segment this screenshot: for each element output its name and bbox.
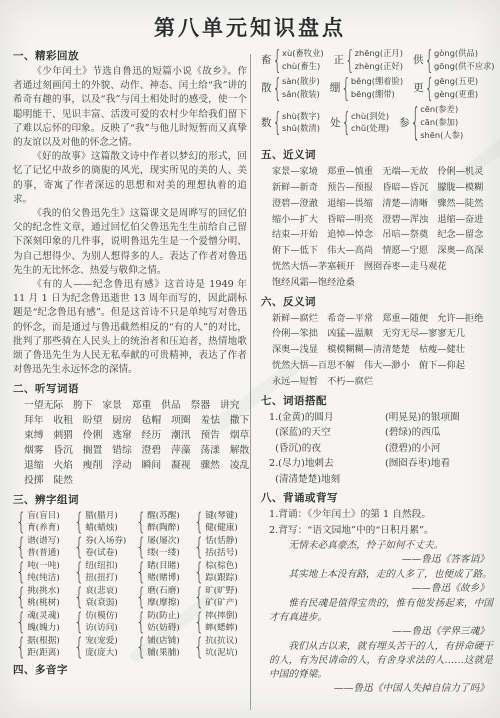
section-6-heading: 六、反义词	[261, 294, 493, 309]
pair-words: 磨(石磨) 摩(摩擦)	[147, 585, 180, 610]
pair-word-bottom: 赌(赌博)	[147, 572, 180, 584]
pair-word-top: 棕(棕色)	[205, 560, 238, 572]
recitation-item: 2.背写：“语文园地”中的“日积月累”。	[269, 523, 493, 538]
quote-source: ——鲁迅《故乡》	[269, 582, 493, 596]
synonym-row: 饱经风霜—饱经沧桑	[272, 275, 493, 291]
quote-block: 我们从古以来，就有埋头苦干的人，有拼命硬干的人，有为民请命的人，有舍身求法的人……	[269, 640, 493, 696]
quote-text: 无情未必真豪杰，怜子如何不丈夫。	[269, 539, 493, 553]
character-pair-cell: { 睹(目睹) 赌(赌博)	[136, 559, 194, 584]
reading: shēn(人参)	[420, 129, 463, 142]
pair-word-bottom: 距(距离)	[27, 647, 60, 659]
synonym-row: 恍然大悟—茅塞顿开 囫囵吞枣—走马观花	[272, 259, 493, 275]
polyphone-group: 正 { zhēng(正月) zhèng(正好)	[334, 47, 403, 72]
page-title: 第八单元知识盘点	[0, 12, 500, 42]
character-pair-cell: { 盲(盲目) 育(养育)	[16, 509, 74, 534]
pair-words: 恬(恬静) 括(括号)	[205, 535, 238, 560]
character-pair-cell: { 哀(悲哀) 衰(衰弱)	[74, 584, 136, 609]
synonym-row: 结束—开始 追悼—悼念 吊唁—祭奠 纪念—留念	[272, 227, 493, 243]
pair-word-bottom: 育(养育)	[27, 522, 60, 534]
reading: běng(绷着脸)	[351, 75, 403, 88]
pair-word-top: 纽(纽扣)	[85, 560, 118, 572]
summary-paragraph: 《有的人——纪念鲁迅有感》这首诗是 1949 年 11 月 1 日为纪念鲁迅逝世…	[13, 278, 247, 377]
pair-words: 摔(摔倒) 蟀(蟋蟀)	[205, 610, 238, 635]
brace-glyph: {	[273, 72, 283, 103]
collocation-left: (昏沉)的夜	[269, 441, 385, 457]
dictation-word-rows: 一望无际 胯下 家景 郑重 供品 祭器 讲究拜年 收租 盼望 厨房 毡帽 项圈 …	[13, 398, 247, 488]
character-pair-cell: { 防(防止) 妨(妨碍)	[136, 609, 194, 634]
pair-words: 抗(抗议) 坑(泥坑)	[205, 635, 238, 660]
character-pair-cell: { 醒(苏醒) 醉(陶醉)	[136, 509, 194, 534]
pair-word-bottom: 访(访问)	[85, 622, 118, 634]
pair-word-top: 恬(恬静)	[205, 535, 238, 547]
character-pair-cell: { 键(琴键) 健(健康)	[194, 509, 248, 534]
pair-word-top: 券(入场券)	[85, 535, 126, 547]
quote-text: 我们从古以来，就有埋头苦干的人，有拼命硬干的人，有为民请命的人，有舍身求法的人……	[269, 640, 493, 682]
character-pairs-grid: { 盲(盲目) 育(养育) { 腊(腊月) 蜡(蜡烛) {	[13, 509, 247, 659]
pair-word-top: 旷(旷野)	[205, 585, 238, 597]
collocation-row: (清清楚楚)地刻	[269, 472, 493, 488]
recitation-item: 1.背诵：《少年闰土》的第 1 自然段。	[269, 507, 493, 522]
antonym-row: 永远—短暂 不朽—腐烂	[272, 374, 493, 390]
reading: shǔ(数清)	[282, 122, 320, 135]
collocation-left: (清清楚楚)地刻	[269, 472, 385, 488]
reading: gēng(五更)	[434, 75, 478, 88]
reading: zhèng(正好)	[355, 60, 403, 73]
pair-word-top: 屡(屡次)	[147, 535, 180, 547]
brace-glyph: {	[341, 107, 351, 138]
word-row: 退缩 火焰 瘦削 浮动 瞬间 凝视 骤然 凌乱	[24, 458, 247, 473]
antonym-row: 新鲜—腐烂 希奇—平常 郑重—随便 允许—拒绝	[272, 311, 493, 327]
quote-block: 其实地上本没有路，走的人多了，也便成了路。 ——鲁迅《故乡》	[269, 568, 493, 596]
brace-glyph: {	[273, 44, 283, 75]
character-pair-cell: { 仿(模仿) 访(访问)	[74, 609, 136, 634]
quote-source: ——鲁迅《学界三魂》	[269, 625, 493, 639]
synonym-row: 新鲜—新奇 预告—预报 昏暗—昏沉 朦胧—模糊	[272, 180, 493, 196]
pair-words: 盲(盲目) 育(养育)	[27, 510, 60, 535]
pair-word-top: 抗(抗议)	[205, 635, 238, 647]
polyphone-row: 畜 { xù(畜牧业) chù(畜生) 正 { zhēng(正月) zhèng(…	[261, 47, 493, 72]
section-8-heading: 八、背诵或背写	[261, 490, 493, 505]
pair-word-bottom: 蜡(蜡烛)	[85, 522, 118, 534]
polyphone-char: 绷	[330, 80, 341, 95]
collocation-rows: 1.(金黄)的圆月 (明晃晃)的银项圈 (深蓝)的天空 (碧绿)的西瓜 (昏沉)…	[261, 410, 493, 488]
pair-words: 哀(悲哀) 衰(衰弱)	[85, 585, 118, 610]
character-pair-cell: { 摔(摔倒) 蟀(蟋蟀)	[194, 609, 248, 634]
antonym-row: 伶俐—笨拙 凶猛—温顺 无穷无尽—寥寥无几	[272, 326, 493, 342]
pair-words: 券(入场券) 卷(试卷)	[85, 535, 126, 560]
reading: gèng(更重)	[434, 88, 478, 101]
synonym-row: 澄碧—澄澈 退缩—畏缩 清楚—清晰 骤然—陡然	[272, 196, 493, 212]
polyphone-groups: 畜 { xù(畜牧业) chù(畜生) 正 { zhēng(正月) zhèng(…	[261, 47, 493, 144]
reading: gòng(供品)	[434, 47, 495, 60]
polyphone-row: 数 { shù(数字) shǔ(数清) 处 { chù(到处) chǔ(处理)	[261, 103, 493, 141]
polyphone-group: 供 { gòng(供品) gōng(供不应求)	[413, 47, 495, 72]
pair-word-top: 据(根据)	[27, 635, 60, 647]
pair-word-bottom: 摩(摩擦)	[147, 597, 180, 609]
character-pair-cell: { 纽(纽扣) 扭(扭打)	[74, 559, 136, 584]
collocation-row: 1.(金黄)的圆月 (明晃晃)的银项圈	[269, 410, 493, 426]
character-pair-cell: { 券(入场券) 卷(试卷)	[74, 534, 136, 559]
pair-word-top: 摔(摔倒)	[205, 610, 238, 622]
polyphone-group: 数 { shù(数字) shǔ(数清)	[261, 110, 320, 135]
character-pair-cell: { 屡(屡次) 缕(一缕)	[136, 534, 194, 559]
character-pair-cell: { 魂(灵魂) 魄(魄力)	[16, 609, 74, 634]
reading: bēng(绷带)	[351, 88, 403, 101]
pair-word-bottom: 卷(试卷)	[85, 547, 126, 559]
pair-word-top: 盲(盲目)	[27, 510, 60, 522]
collocation-right: (囫囵吞枣)地看	[385, 456, 450, 472]
polyphone-char: 畜	[261, 52, 272, 67]
reading: shù(数字)	[282, 110, 320, 123]
pair-word-top: 铺(店铺)	[147, 635, 180, 647]
pair-word-bottom: 扭(扭打)	[85, 572, 118, 584]
word-row: 拜年 收租 盼望 厨房 毡帽 项圈 羞怯 撒下	[24, 413, 247, 428]
word-row: 烟雾 昏沉 搁置 错综 澄碧 萍藻 荡漾 解散	[24, 443, 247, 458]
synonym-row: 家景—家境 郑重—慎重 无端—无故 伶俐—机灵	[272, 164, 493, 180]
character-pair-cell: { 恬(恬静) 括(括号)	[194, 534, 248, 559]
brace-glyph: {	[411, 100, 421, 145]
reading: cān(参加)	[420, 116, 463, 129]
pair-word-bottom: 踪(跟踪)	[205, 572, 238, 584]
pair-word-bottom: 普(普通)	[27, 547, 60, 559]
section-2-heading: 二、听写词语	[13, 381, 247, 396]
quote-source: ——鲁迅《答客诮》	[269, 553, 493, 567]
polyphone-char: 供	[413, 52, 424, 67]
polyphone-row: 散 { sàn(散步) sǎn(散装) 绷 { běng(绷着脸) bēng(绷…	[261, 75, 493, 100]
reading: cēn(参差)	[420, 103, 463, 116]
brace-glyph: {	[194, 633, 204, 662]
character-pair-cell: { 挑(挑水) 桃(桃树)	[16, 584, 74, 609]
pair-word-top: 醒(苏醒)	[147, 510, 180, 522]
polyphone-char: 散	[261, 80, 272, 95]
pair-word-bottom: 纯(纯洁)	[27, 572, 60, 584]
pair-word-top: 腊(腊月)	[85, 510, 118, 522]
word-row: 一望无际 胯下 家景 郑重 供品 祭器 讲究	[24, 398, 247, 413]
pair-word-bottom: 衰(衰弱)	[85, 597, 118, 609]
pair-words: 屡(屡次) 缕(一缕)	[147, 535, 180, 560]
character-pair-cell: { 磨(石磨) 摩(摩擦)	[136, 584, 194, 609]
summary-paragraph: 《我的伯父鲁迅先生》这篇课文是周晔写的回忆伯父的纪念性文章，通过回忆伯父鲁迅先生…	[13, 207, 247, 278]
pair-word-top: 吨(一吨)	[27, 560, 60, 572]
pair-words: 铺(店铺) 脯(果脯)	[147, 635, 180, 660]
brace-glyph: {	[273, 107, 283, 138]
polyphone-char: 处	[330, 115, 341, 130]
section-1-heading: 一、精彩回放	[13, 48, 247, 63]
brace-glyph: {	[74, 633, 84, 662]
collocation-row: 2.(尽力)地刺去 (囫囵吞枣)地看	[269, 456, 493, 472]
reading: sǎn(散装)	[282, 88, 320, 101]
section-3-heading: 三、辨字组词	[13, 492, 247, 507]
pair-word-bottom: 坑(泥坑)	[205, 647, 238, 659]
collocation-left: 1.(金黄)的圆月	[269, 410, 385, 426]
polyphone-group: 处 { chù(到处) chǔ(处理)	[330, 110, 389, 135]
pair-words: 棕(棕色) 踪(跟踪)	[205, 560, 238, 585]
pair-word-bottom: 庞(庞大)	[85, 647, 118, 659]
collocation-left: 2.(尽力)地刺去	[269, 456, 385, 472]
pair-words: 魂(灵魂) 魄(魄力)	[27, 610, 60, 635]
polyphone-group: 畜 { xù(畜牧业) chù(畜生)	[261, 47, 324, 72]
recitation-items: 1.背诵：《少年闰土》的第 1 自然段。2.背写：“语文园地”中的“日积月累”。	[261, 507, 493, 537]
pair-words: 宠(宠爱) 庞(庞大)	[85, 635, 118, 660]
collocation-right: (澄碧)的小河	[385, 441, 440, 457]
character-pair-cell: { 宠(宠爱) 庞(庞大)	[74, 634, 136, 659]
collocation-right: (碧绿)的西瓜	[385, 425, 440, 441]
pair-word-bottom: 缕(一缕)	[147, 547, 180, 559]
reading: gōng(供不应求)	[434, 60, 495, 73]
pair-words: 纽(纽扣) 扭(扭打)	[85, 560, 118, 585]
pair-words: 仿(模仿) 访(访问)	[85, 610, 118, 635]
pair-word-top: 磨(石磨)	[147, 585, 180, 597]
column-left: 一、精彩回放 《少年闰土》节选自鲁迅的短篇小说《故乡》。作者通过刻画闰土的外貌、…	[13, 46, 247, 679]
pair-word-bottom: 健(健康)	[205, 522, 238, 534]
quote-block: 无情未必真豪杰，怜子如何不丈夫。 ——鲁迅《答客诮》	[269, 539, 493, 567]
quotes: 无情未必真豪杰，怜子如何不丈夫。 ——鲁迅《答客诮》 其实地上本没有路，走的人多…	[261, 539, 493, 696]
synonym-row: 缩小—扩大 昏暗—明亮 澄碧—浑浊 退缩—奋进	[272, 212, 493, 228]
brace-glyph: {	[345, 44, 355, 75]
collocation-row: (深蓝)的天空 (碧绿)的西瓜	[269, 425, 493, 441]
collocation-row: (昏沉)的夜 (澄碧)的小河	[269, 441, 493, 457]
character-pair-cell: { 据(根据) 距(距离)	[16, 634, 74, 659]
pair-word-bottom: 醉(陶醉)	[147, 522, 180, 534]
character-pair-cell: { 铺(店铺) 脯(果脯)	[136, 634, 194, 659]
pair-word-top: 魂(灵魂)	[27, 610, 60, 622]
pair-words: 键(琴键) 健(健康)	[205, 510, 238, 535]
polyphone-char: 更	[413, 80, 424, 95]
quote-text: 其实地上本没有路，走的人多了，也便成了路。	[269, 568, 493, 582]
pair-word-top: 挑(挑水)	[27, 585, 60, 597]
brace-glyph: {	[425, 72, 435, 103]
pair-word-bottom: 魄(魄力)	[27, 622, 60, 634]
polyphone-char: 参	[399, 115, 410, 130]
collocation-left: (深蓝)的天空	[269, 425, 385, 441]
character-pair-cell: { 腊(腊月) 蜡(蜡烛)	[74, 509, 136, 534]
reading: chù(到处)	[351, 110, 389, 123]
polyphone-group: 散 { sàn(散步) sǎn(散装)	[261, 75, 320, 100]
collocation-right: (明晃晃)的银项圈	[385, 410, 460, 426]
summary-paragraph: 《好的故事》这篇散文诗中作者以梦幻的形式，回忆了记忆中故乡的旖旎的风光，现实所见…	[13, 150, 247, 207]
reading: chǔ(处理)	[351, 122, 389, 135]
polyphone-group: 更 { gēng(五更) gèng(更重)	[413, 75, 478, 100]
column-divider	[250, 54, 251, 710]
section-7-heading: 七、词语搭配	[261, 393, 493, 408]
pair-word-bottom: 脯(果脯)	[147, 647, 180, 659]
pair-words: 醒(苏醒) 醉(陶醉)	[147, 510, 180, 535]
pair-word-bottom: 妨(妨碍)	[147, 622, 180, 634]
column-right: 畜 { xù(畜牧业) chù(畜生) 正 { zhēng(正月) zhèng(…	[261, 47, 493, 696]
brace-glyph: {	[136, 633, 146, 662]
character-pair-cell: { 谱(谱写) 普(普通)	[16, 534, 74, 559]
pair-words: 据(根据) 距(距离)	[27, 635, 60, 660]
pair-word-top: 防(防止)	[147, 610, 180, 622]
reading: sàn(散步)	[282, 75, 320, 88]
brace-glyph: {	[16, 633, 26, 662]
synonym-row: 俯下—低下 伟大—高尚 情愿—宁愿 深奥—高深	[272, 243, 493, 259]
character-pair-cell: { 棕(棕色) 踪(跟踪)	[194, 559, 248, 584]
pair-words: 吨(一吨) 纯(纯洁)	[27, 560, 60, 585]
pair-word-top: 宠(宠爱)	[85, 635, 118, 647]
reading: chù(畜生)	[282, 60, 324, 73]
pair-words: 谱(谱写) 普(普通)	[27, 535, 60, 560]
polyphone-char: 数	[261, 115, 272, 130]
pair-words: 挑(挑水) 桃(桃树)	[27, 585, 60, 610]
quote-block: 惟有民魂是值得宝贵的，惟有他发扬起来，中国才有真进步。 ——鲁迅《学界三魂》	[269, 597, 493, 639]
summary-paragraph: 《少年闰土》节选自鲁迅的短篇小说《故乡》。作者通过刻画闰土的外貌、动作、神态、闰…	[13, 65, 247, 150]
brace-glyph: {	[424, 44, 434, 75]
pair-words: 旷(旷野) 矿(矿产)	[205, 585, 238, 610]
pair-words: 防(防止) 妨(妨碍)	[147, 610, 180, 635]
antonym-row: 恍然大悟—百思不解 伟大—渺小 俯下—仰起	[272, 358, 493, 374]
quote-source: ——鲁迅《中国人失掉自信力了吗》	[269, 682, 493, 696]
pair-word-top: 键(琴键)	[205, 510, 238, 522]
pair-words: 腊(腊月) 蜡(蜡烛)	[85, 510, 118, 535]
character-pair-cell: { 抗(抗议) 坑(泥坑)	[194, 634, 248, 659]
pair-word-bottom: 蟀(蟋蟀)	[205, 622, 238, 634]
quote-text: 惟有民魂是值得宝贵的，惟有他发扬起来，中国才有真进步。	[269, 597, 493, 625]
polyphone-group: 参 { cēn(参差) cān(参加) shēn(人参)	[399, 103, 463, 141]
pair-word-top: 睹(目睹)	[147, 560, 180, 572]
synonym-rows: 家景—家境 郑重—慎重 无端—无故 伶俐—机灵新鲜—新奇 预告—预报 昏暗—昏沉…	[261, 164, 493, 290]
scanned-study-notes-page: 第八单元知识盘点 一、精彩回放 《少年闰土》节选自鲁迅的短篇小说《故乡》。作者通…	[0, 0, 500, 718]
pair-words: 睹(目睹) 赌(赌博)	[147, 560, 180, 585]
pair-word-bottom: 桃(桃树)	[27, 597, 60, 609]
pair-word-bottom: 括(括号)	[205, 547, 238, 559]
character-pair-cell: { 旷(旷野) 矿(矿产)	[194, 584, 248, 609]
word-row: 束缚 刺猬 伶俐 逃窜 经历 潮汛 预告 烟草	[24, 428, 247, 443]
character-pair-cell: { 吨(一吨) 纯(纯洁)	[16, 559, 74, 584]
brace-glyph: {	[341, 72, 351, 103]
polyphone-group: 绷 { běng(绷着脸) bēng(绷带)	[330, 75, 403, 100]
reading: xù(畜牧业)	[282, 47, 324, 60]
section-5-heading: 五、近义词	[261, 147, 493, 162]
word-row: 投掷 陡然	[24, 473, 247, 488]
pair-word-top: 谱(谱写)	[27, 535, 60, 547]
pair-word-top: 仿(模仿)	[85, 610, 118, 622]
polyphone-char: 正	[334, 52, 345, 67]
section-4-heading: 四、多音字	[13, 662, 247, 677]
section-1-paragraphs: 《少年闰土》节选自鲁迅的短篇小说《故乡》。作者通过刻画闰土的外貌、动作、神态、闰…	[13, 65, 247, 377]
reading: zhēng(正月)	[355, 47, 403, 60]
pair-word-bottom: 矿(矿产)	[205, 597, 238, 609]
antonym-row: 深奥—浅显 模模糊糊—清清楚楚 枯瘦—健壮	[272, 342, 493, 358]
pair-word-top: 哀(悲哀)	[85, 585, 118, 597]
antonym-rows: 新鲜—腐烂 希奇—平常 郑重—随便 允许—拒绝伶俐—笨拙 凶猛—温顺 无穷无尽—…	[261, 311, 493, 390]
